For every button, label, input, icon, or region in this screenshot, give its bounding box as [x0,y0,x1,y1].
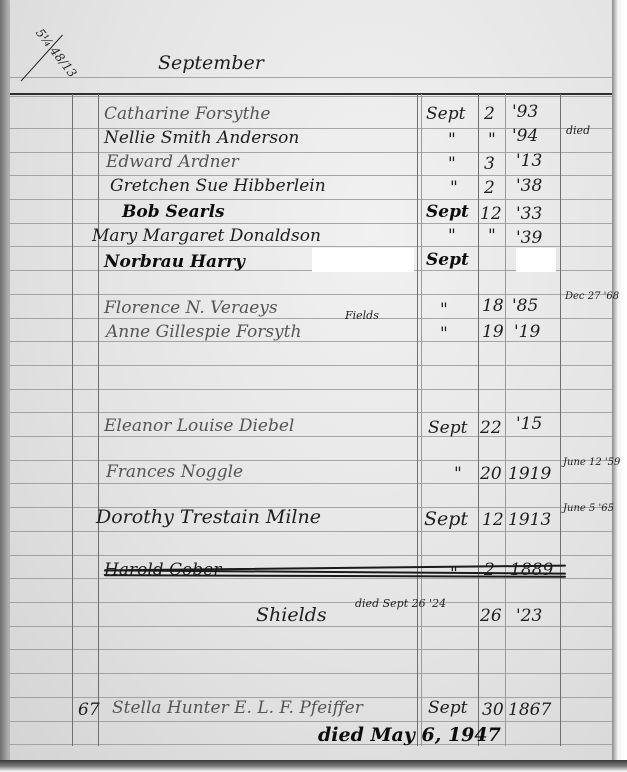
entry-name: Shields [256,606,327,625]
rule-line [10,77,612,78]
entry-year: '93 [512,104,538,121]
entry-month: " [454,466,462,483]
page-bottom-edge [0,760,627,772]
entry-year: '23 [516,608,542,625]
entry-month: " [450,180,458,197]
entry-note: June 5 '65 [563,504,614,515]
entry-name: Dorothy Trestain Milne [96,508,321,527]
entry-name: Florence N. Veraeys [104,300,278,317]
entry-month: Sept [426,106,465,123]
entry-year: '38 [516,178,542,195]
rule-line [10,412,612,413]
column-rule [72,94,73,746]
entry-day: 18 [482,298,504,315]
entry-year: '33 [516,206,542,223]
rule-line [10,555,612,556]
entry-year: 1919 [508,466,551,483]
scanned-page: 5¼ 48/13 September Catharine Forsythe Se… [0,0,627,772]
rule-line [10,531,612,532]
entry-name: Gretchen Sue Hibberlein [110,178,326,195]
entry-year: '39 [516,230,542,247]
row-number: 67 [78,702,100,719]
entry-year: '15 [516,416,542,433]
entry-name: Eleanor Louise Diebel [104,418,294,435]
rule-line [10,626,612,627]
entry-month: " [448,156,456,173]
entry-month: " [440,302,448,319]
entry-day: 30 [482,702,504,719]
entry-name: Edward Ardner [106,154,239,171]
entry-month: " [448,132,456,149]
redaction-box [312,248,414,272]
entry-day: 19 [482,324,504,341]
entry-name: Frances Noggle [106,464,243,481]
entry-month: Sept [428,420,467,437]
rule-line [10,721,612,722]
rule-line [10,96,612,97]
month-heading: September [158,54,264,73]
entry-note: Dec 27 '68 [565,292,619,303]
entry-day: 26 [480,608,502,625]
entry-day: 12 [480,206,502,223]
entry-name: Norbrau Harry [104,254,245,271]
entry-name: Bob Searls [122,204,225,221]
entry-day: 20 [480,466,502,483]
rule-line [10,649,612,650]
entry-day: 3 [484,156,495,173]
page-edge [612,0,627,772]
entry-month: Sept [426,252,469,269]
entry-year: '19 [514,324,540,341]
entry-name: Stella Hunter E. L. F. Pfeiffer [112,700,363,717]
rule-line [10,436,612,437]
rule-line [10,199,612,200]
entry-note: June 12 '59 [563,458,620,469]
entry-name: Anne Gillespie Forsyth [106,324,301,341]
entry-year: '85 [512,298,538,315]
column-rule [98,94,99,746]
entry-month: Sept [426,204,469,221]
entry-day: 12 [482,512,504,529]
name-insertion: Fields [345,310,379,321]
entry-year: 1913 [508,512,551,529]
entry-month: " [448,228,456,245]
column-rule [417,94,418,746]
entry-year: 1867 [508,702,551,719]
column-rule [421,94,422,746]
entry-day: " [488,132,496,149]
rule-line [10,294,612,295]
rule-line [10,318,612,319]
entry-month: " [440,326,448,343]
entry-month: Sept [424,510,468,529]
column-rule [560,94,561,746]
entry-note: died [566,125,590,136]
rule-line [10,602,612,603]
rule-line [10,365,612,366]
entry-day: 2 [484,180,495,197]
entry-name: Nellie Smith Anderson [104,130,299,147]
entry-day: " [488,228,496,245]
column-rule [505,94,506,746]
death-note: died Sept 26 '24 [355,598,446,609]
entry-year: '13 [516,153,542,170]
rule-line [10,389,612,390]
header-double-rule [10,93,612,95]
rule-line [10,460,612,461]
entry-name: Catharine Forsythe [104,106,270,123]
column-rule [478,94,479,746]
footer-death-note: died May 6, 1947 [318,726,501,745]
entry-year: '94 [512,128,538,145]
rule-line [10,744,612,745]
entry-month: Sept [428,700,467,717]
entry-day: 2 [484,106,495,123]
redaction-box [516,248,556,272]
entry-name: Mary Margaret Donaldson [92,228,321,245]
entry-day: 22 [480,420,502,437]
rule-line [10,673,612,674]
